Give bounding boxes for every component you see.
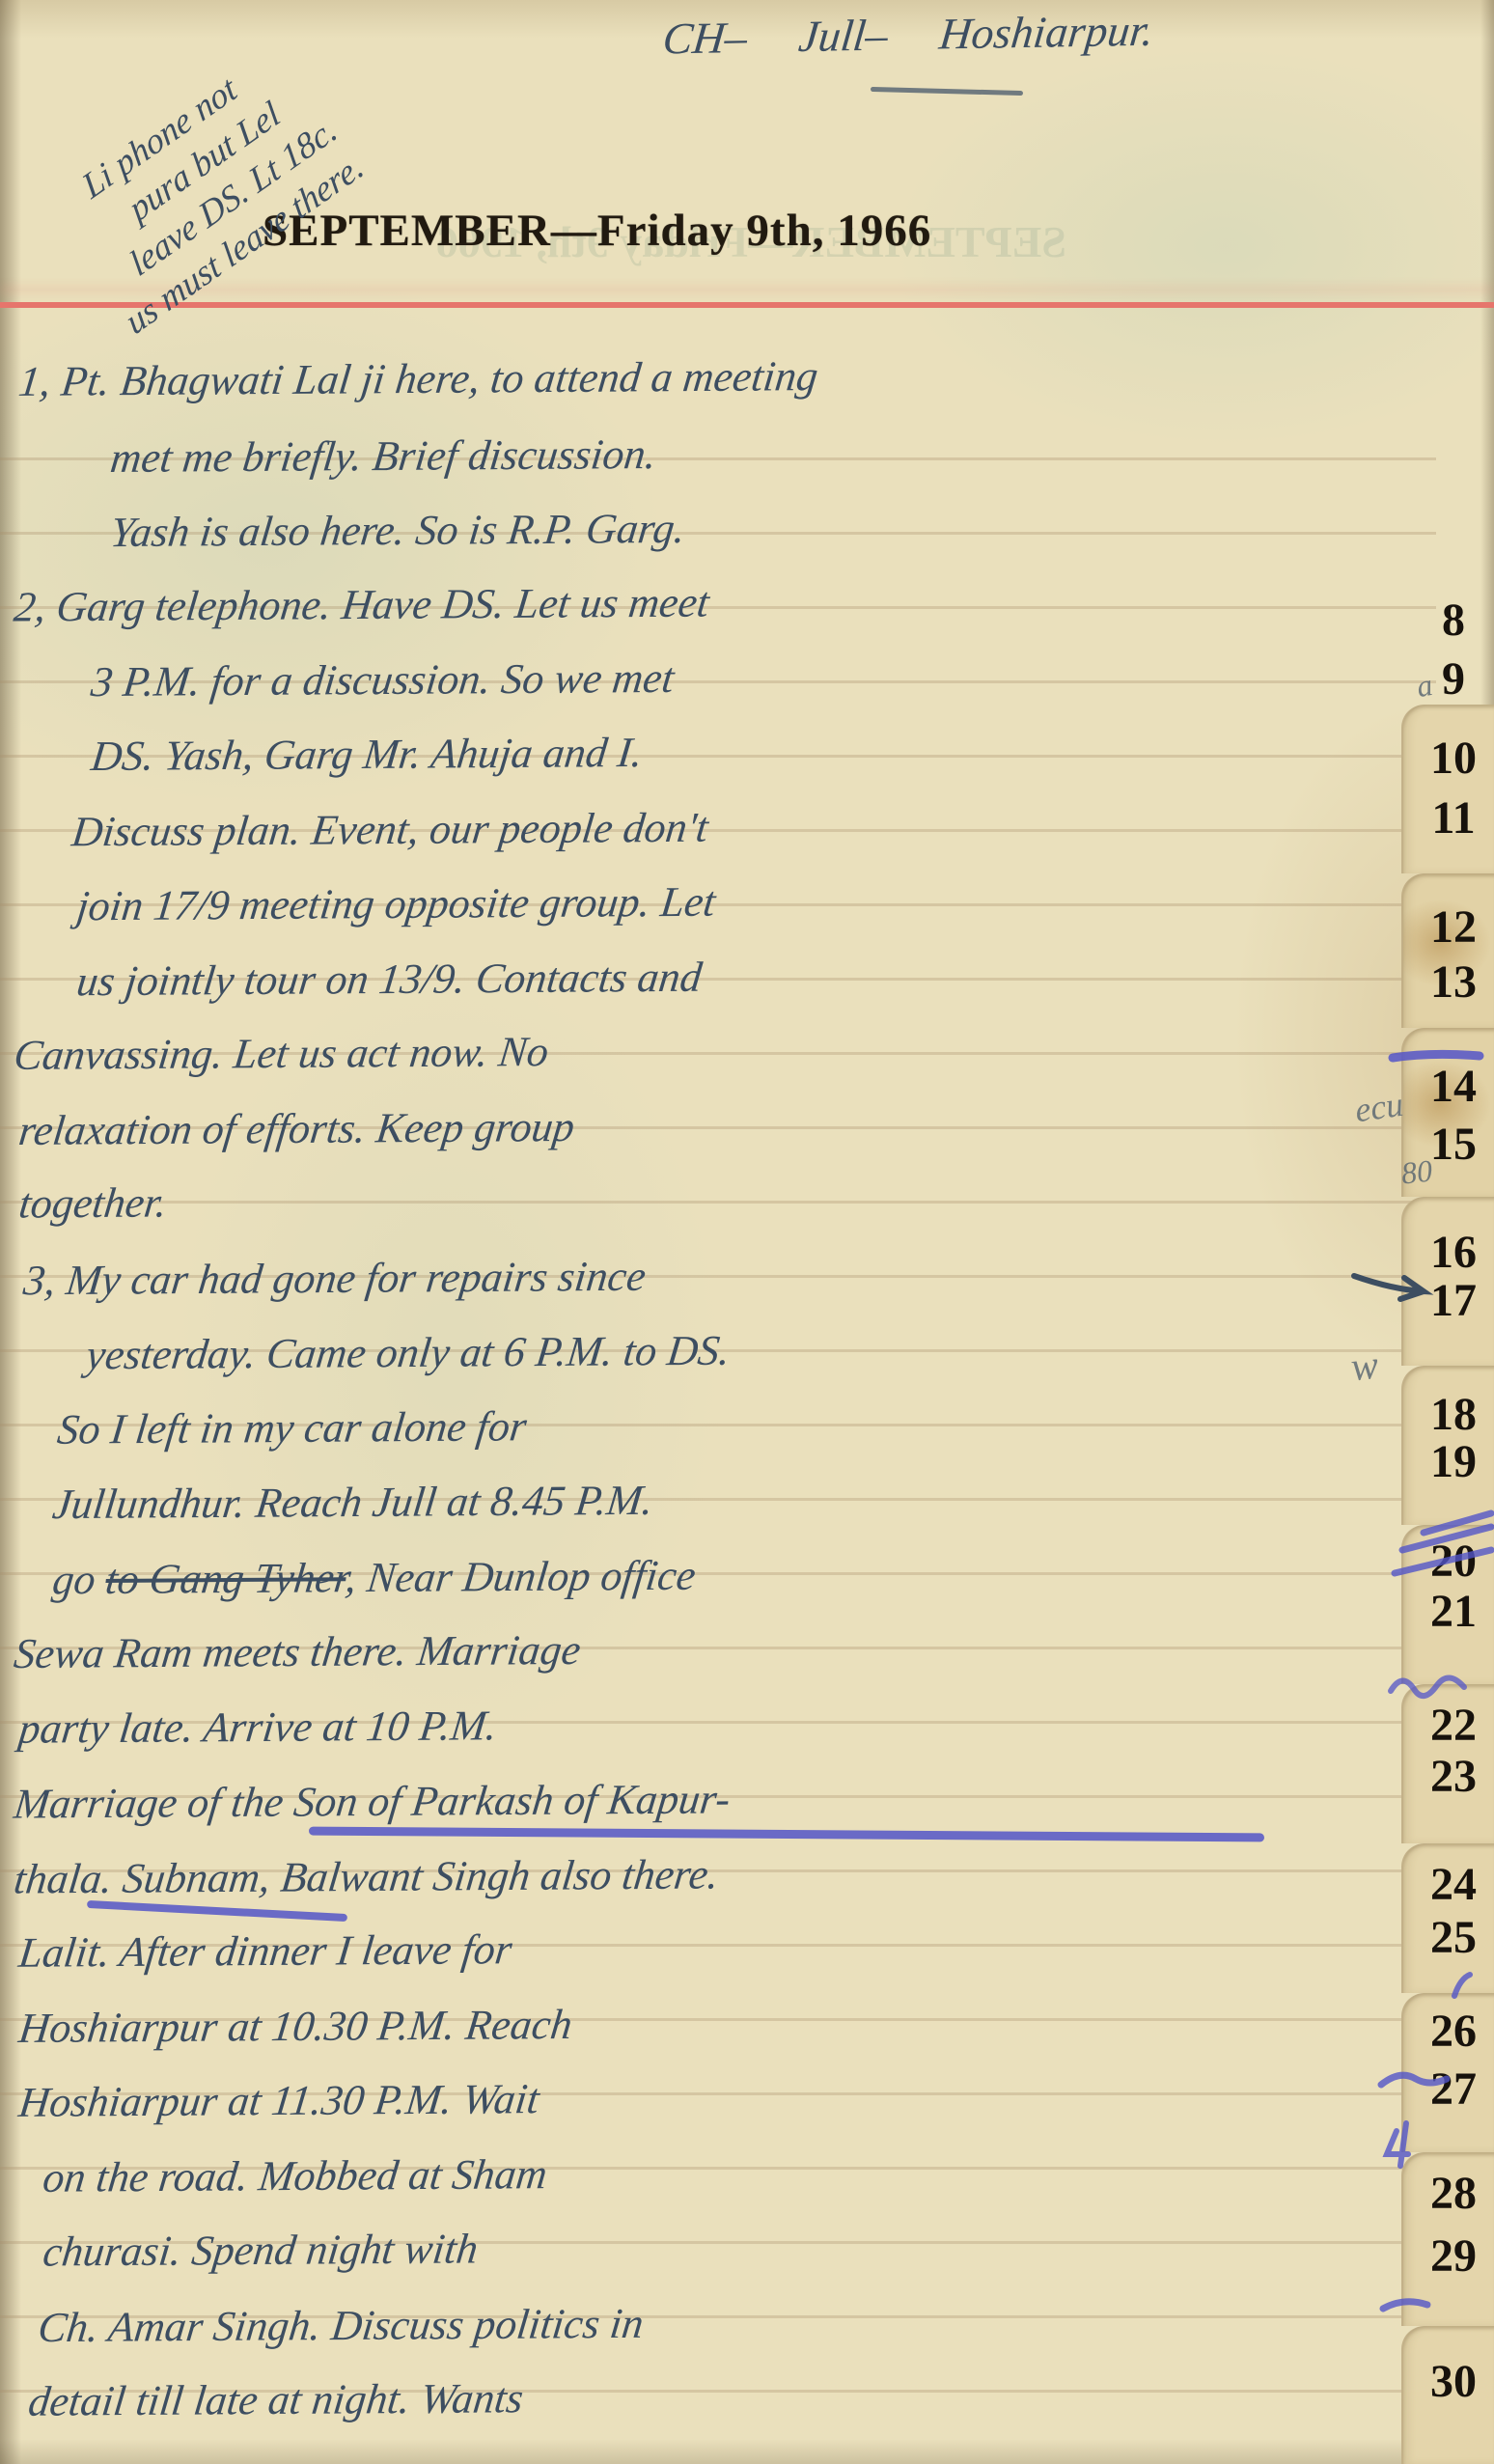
annotation-underline (871, 87, 1023, 96)
margin-scribble: ecu (1352, 1084, 1405, 1131)
diary-line: Hoshiarpur at 10.30 P.M. Reach (16, 2001, 575, 2053)
diary-line: on the road. Mobbed at Sham (41, 2150, 550, 2202)
diary-line: go to Gang Tyher, Near Dunlop office (50, 1552, 699, 1605)
diary-line: DS. Yash, Garg Mr. Ahuja and I. (89, 729, 646, 781)
diary-line: Ch. Amar Singh. Discuss politics in (36, 2300, 647, 2352)
diary-line: Marriage of the Son of Parkash of Kapur- (12, 1775, 733, 1828)
blue-four-mark-icon (1387, 2123, 1408, 2166)
diary-line: thala. Subnam, Balwant Singh also there. (12, 1850, 722, 1903)
blue-hook-27-icon (1381, 2075, 1447, 2085)
diary-line: together. (16, 1178, 170, 1228)
pen-marks-overlay (1346, 540, 1494, 2464)
diary-line-segment: , Near Dunlop office (344, 1552, 699, 1602)
margin-scribble: w (1349, 1343, 1381, 1392)
margin-scribble: 80 (1399, 1152, 1434, 1191)
diary-line: Lalit. After dinner I leave for (16, 1925, 514, 1978)
diary-line: yesterday. Came only at 6 P.M. to DS. (84, 1327, 733, 1380)
struck-text: to Gang Tyher (103, 1554, 348, 1603)
blue-dash-icon (1393, 1054, 1480, 1058)
arrow-to-17-icon (1354, 1276, 1424, 1299)
diary-line: churasi. Spend night with (41, 2225, 481, 2276)
blue-scribble-20-icon (1395, 1513, 1491, 1573)
diary-line: So I left in my car alone for (55, 1402, 529, 1453)
diary-line: Jullundhur. Reach Jull at 8.45 P.M. (50, 1477, 656, 1529)
page-title: SEPTEMBER—Friday 9th, 1966 (263, 205, 1035, 257)
blue-squiggle-22-icon (1391, 1677, 1464, 1696)
diary-line: detail till late at night. Wants (26, 2374, 526, 2426)
diary-line: Hoshiarpur at 11.30 P.M. Wait (16, 2075, 541, 2127)
diary-line: join 17/9 meeting opposite group. Let (74, 878, 718, 931)
diary-line: party late. Arrive at 10 P.M. (16, 1702, 500, 1753)
diagonal-annotation: Li phone not pura but Lel leave DS. Lt 1… (0, 0, 531, 371)
diary-line: Canvassing. Let us act now. No (12, 1028, 551, 1080)
diary-line: Sewa Ram meets there. Marriage (12, 1626, 583, 1678)
diary-line: 3 P.M. for a discussion. So we met (89, 654, 677, 706)
diary-line: 3, My car had gone for repairs since (21, 1253, 649, 1305)
diary-line: Yash is also here. So is R.P. Garg. (108, 505, 688, 557)
diary-line: Discuss plan. Event, our people don't (69, 804, 711, 857)
blue-tick-26-icon (1454, 1975, 1470, 1996)
red-divider-line (0, 302, 1494, 308)
diary-page: 8 9 10 11 12 13 14 15 16 17 18 19 20 21 … (0, 0, 1494, 2464)
diary-line: 2, Garg telephone. Have DS. Let us meet (12, 578, 712, 631)
blue-dash-29-icon (1383, 2302, 1427, 2309)
top-right-annotation: CH– Jull– Hoshiarpur. (660, 0, 1494, 65)
diary-line: 1, Pt. Bhagwati Lal ji here, to attend a… (16, 352, 820, 406)
diary-line: met me briefly. Brief discussion. (108, 430, 659, 483)
diary-line: us jointly tour on 13/9. Contacts and (74, 954, 705, 1007)
diary-line-segment: go (50, 1556, 109, 1603)
diary-line: relaxation of efforts. Keep group (16, 1103, 577, 1155)
